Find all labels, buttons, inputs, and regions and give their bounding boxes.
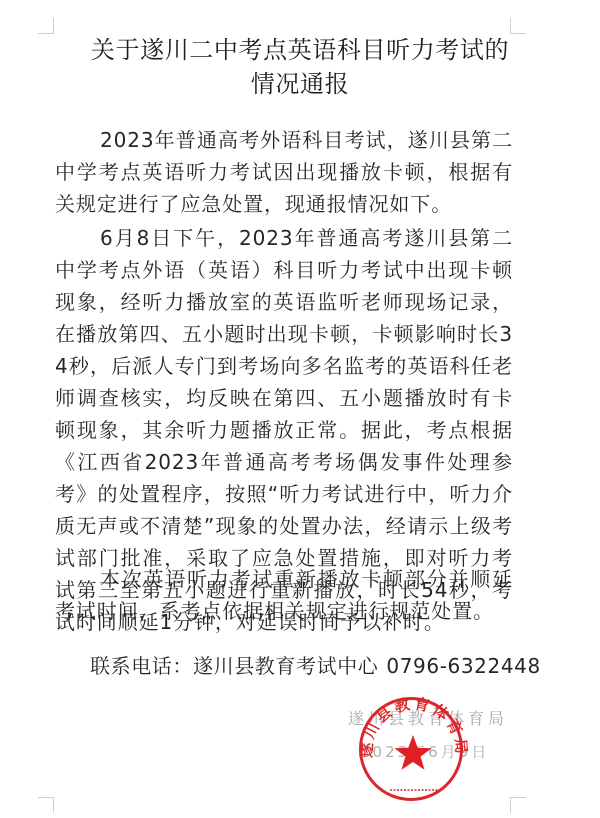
- document-title-line-1: 关于遂川二中考点英语科目听力考试的: [0, 33, 600, 67]
- contact-line: 联系电话：遂川县教育考试中心0796-6322448: [90, 650, 541, 682]
- paragraph-3: 本次英语听力考试重新播放卡顿部分并顺延考试时间，系考点依据相关规定进行规范处置。: [55, 563, 513, 627]
- document-title-line-2: 情况通报: [0, 67, 600, 101]
- contact-phone: 0796-6322448: [386, 654, 540, 678]
- contact-label: 联系电话：遂川县教育考试中心: [90, 654, 378, 678]
- page-corner-mark-bottom-left: [38, 797, 54, 813]
- page-corner-mark-bottom-right: [510, 797, 526, 813]
- paragraph-1: 2023年普通高考外语科目考试，遂川县第二中学考点英语听力考试因出现播放卡顿，根…: [55, 124, 513, 220]
- page-corner-mark-top-left: [38, 18, 54, 34]
- page-corner-mark-top-right: [510, 18, 526, 34]
- star-icon: [393, 733, 433, 773]
